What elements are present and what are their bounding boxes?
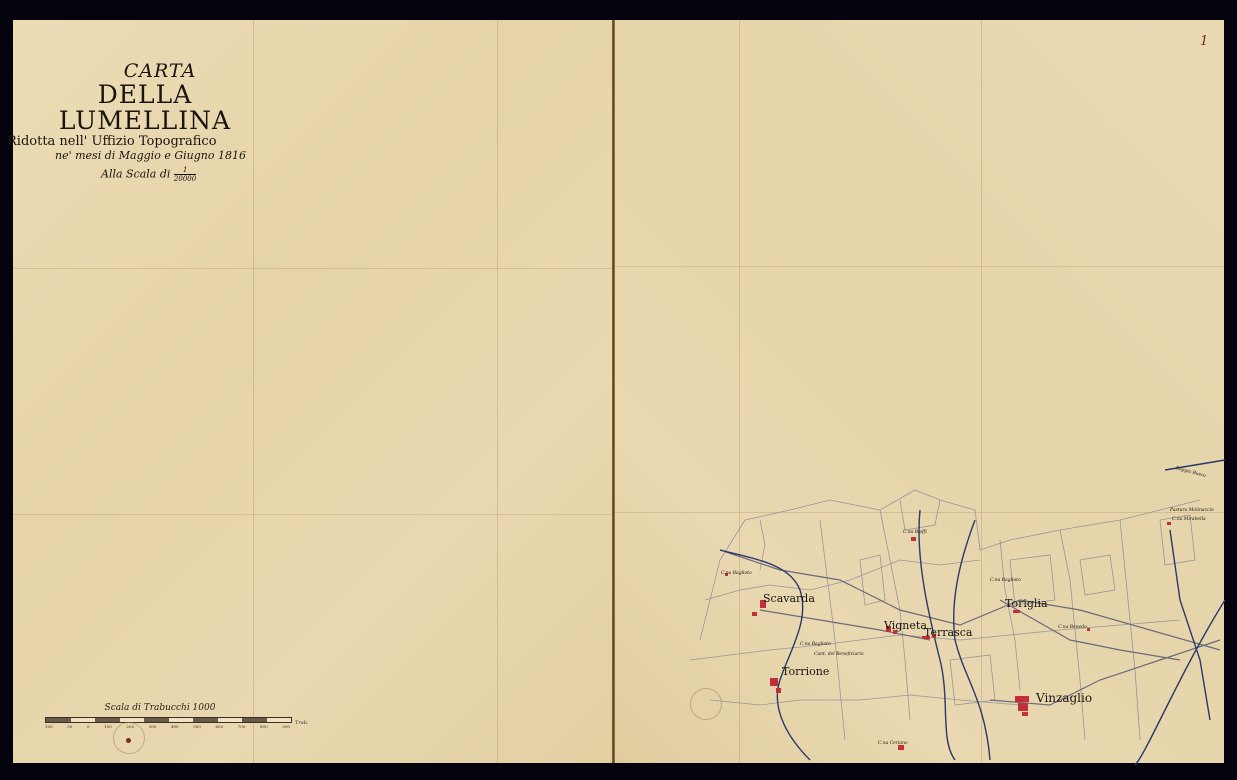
place-label-minor: Cant. del Beneficiario xyxy=(814,652,864,657)
place-label-vigneta: Vigneta xyxy=(884,619,927,632)
place-label-minor: C.na Benedo xyxy=(1058,625,1087,630)
place-label-minor: C.na Mirabella xyxy=(1172,517,1206,522)
place-label-minor: Pastura Molinaccio xyxy=(1170,508,1214,513)
place-label-torrione: Torrione xyxy=(782,665,829,678)
map-drawing xyxy=(0,0,1237,780)
place-label-terrasca: Terrasca xyxy=(924,626,972,639)
place-label-vinzaglio: Vinzaglio xyxy=(1036,691,1092,705)
place-label-minor: C.na Ceriano xyxy=(878,741,908,746)
rivers xyxy=(720,460,1225,765)
place-label-minor: C.na Baglioto xyxy=(800,642,831,647)
place-label-toriglia: Toriglia xyxy=(1005,597,1048,610)
place-label-scavarda: Scavarda xyxy=(763,592,815,605)
place-label-minor: C.na Baglioto xyxy=(721,571,752,576)
place-label-minor: C.na Baglioto xyxy=(990,578,1021,583)
place-label-minor: C.na Bioffi xyxy=(903,530,927,535)
